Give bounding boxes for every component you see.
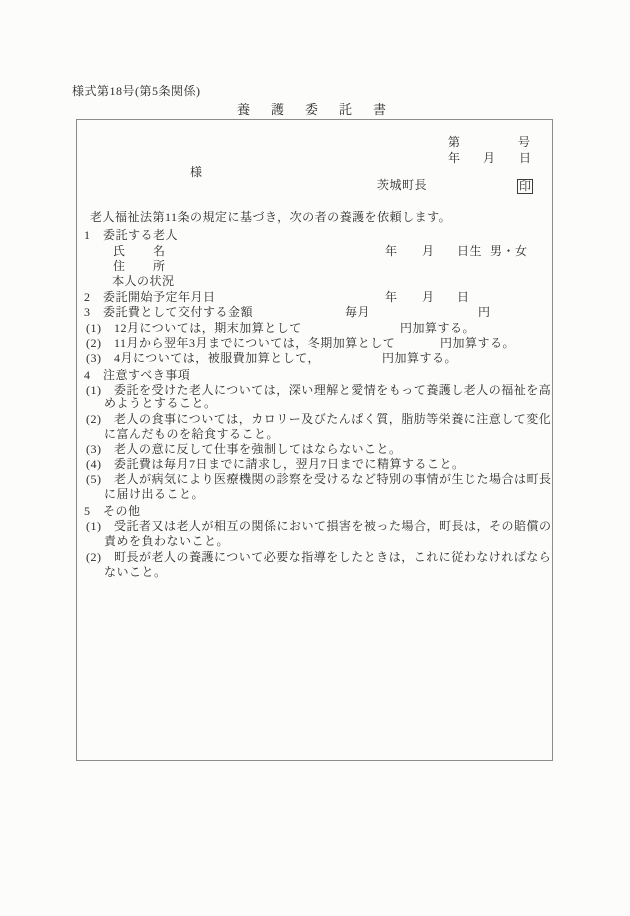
text-segment: 月 (422, 245, 435, 258)
text-segment: 日 (457, 291, 470, 304)
issue-number-line: 第号 (0, 136, 630, 150)
text-segment: 5 その他 (84, 505, 141, 518)
text-segment: 委 (305, 103, 319, 116)
text-segment: 4 注意すべき事項 (84, 369, 190, 382)
item5-sub2-cont: ないこと。 (0, 566, 630, 580)
condition-field-line: 本人の状況 (0, 275, 630, 289)
text-segment: 様 (190, 166, 203, 179)
text-segment: 1 委託する老人 (84, 229, 178, 242)
text-segment: 2 委託開始予定年月日 (84, 291, 216, 304)
item4-sub1-cont: めようとすること。 (0, 397, 630, 411)
text-segment: 円加算する。 (382, 352, 457, 365)
item3-line: 3 委託費として交付する金額毎月円 (0, 306, 630, 320)
text-segment: 日生 (457, 245, 482, 258)
text-segment: 3 委託費として交付する金額 (84, 306, 253, 319)
text-segment: 円加算する。 (400, 322, 475, 335)
item5-sub2: (2) 町長が老人の養護について必要な指導をしたときは，これに従わなければなら (0, 551, 630, 565)
document-title: 養護委託書 (0, 103, 630, 117)
item5-sub1: (1) 受託者又は老人が相互の関係において損害を被った場合，町長は，その賠償の (0, 520, 630, 534)
text-segment: 様式第18号(第5条関係) (72, 85, 201, 98)
text-segment: (1) 受託者又は老人が相互の関係において損害を被った場合，町長は，その賠償の (86, 520, 552, 533)
item4-heading: 4 注意すべき事項 (0, 369, 630, 383)
text-segment: (4) 委託費は毎月7日までに請求し，翌月7日までに精算すること。 (86, 458, 465, 471)
text-segment: 護 (271, 103, 285, 116)
text-segment: 年 (385, 291, 398, 304)
seal-mark: 印 (517, 179, 533, 194)
text-segment: 月 (483, 152, 496, 165)
item2-line: 2 委託開始予定年月日年月日 (0, 291, 630, 305)
text-segment: (3) 4月については，被服費加算として， (86, 352, 320, 365)
text-segment: (1) 12月については，期末加算として (86, 322, 302, 335)
intro-line: 老人福祉法第11条の規定に基づき，次の者の養護を依頼します。 (0, 211, 630, 225)
text-segment: 書 (373, 103, 387, 116)
text-segment: (2) 町長が老人の養護について必要な指導をしたときは，これに従わなければなら (86, 551, 551, 564)
address-field-line: 住所 (0, 260, 630, 274)
item4-sub2-cont: に富んだものを給食すること。 (0, 428, 630, 442)
item3-sub2: (2) 11月から翌年3月までについては，冬期加算として円加算する。 (0, 337, 630, 351)
text-segment: めようとすること。 (104, 397, 217, 410)
text-segment: 円 (478, 306, 491, 319)
item5-heading: 5 その他 (0, 505, 630, 519)
text-segment: 円加算する。 (440, 337, 515, 350)
text-segment: (2) 老人の食事については，カロリー及びたんぱく質，脂肪等栄養に注意して変化 (86, 413, 551, 426)
item4-sub1: (1) 委託を受けた老人については，深い理解と愛情をもって養護し老人の福祉を高 (0, 384, 630, 398)
item4-sub4: (4) 委託費は毎月7日までに請求し，翌月7日までに精算すること。 (0, 458, 630, 472)
text-segment: 所 (153, 260, 166, 273)
text-segment: ないこと。 (104, 566, 167, 579)
text-segment: 毎月 (345, 306, 370, 319)
item4-sub5-cont: に届け出ること。 (0, 488, 630, 502)
form-number-line: 様式第18号(第5条関係) (0, 85, 630, 99)
text-segment: 託 (339, 103, 353, 116)
scanned-form-page: 様式第18号(第5条関係)養護委託書第号年月日様茨城町長印老人福祉法第11条の規… (0, 0, 630, 916)
text-segment: 名 (153, 245, 166, 258)
text-segment: 男・女 (490, 245, 528, 258)
item5-sub1-cont: 責めを負わないこと。 (0, 535, 630, 549)
text-segment: 養 (237, 103, 251, 116)
text-segment: に届け出ること。 (104, 488, 204, 501)
text-segment: 年 (448, 152, 461, 165)
text-segment: 年 (385, 245, 398, 258)
text-segment: 号 (518, 136, 531, 149)
text-segment: 日 (519, 152, 532, 165)
text-segment: 第 (448, 136, 461, 149)
item4-sub5: (5) 老人が病気により医療機関の診察を受けるなど特別の事情が生じた場合は町長 (0, 473, 630, 487)
item4-sub2: (2) 老人の食事については，カロリー及びたんぱく質，脂肪等栄養に注意して変化 (0, 413, 630, 427)
text-segment: 責めを負わないこと。 (104, 535, 229, 548)
text-segment: 氏 (113, 245, 126, 258)
text-segment: (2) 11月から翌年3月までについては，冬期加算として (86, 337, 395, 350)
item4-sub3: (3) 老人の意に反して仕事を強制してはならないこと。 (0, 443, 630, 457)
text-segment: 月 (422, 291, 435, 304)
item1-heading: 1 委託する老人 (0, 229, 630, 243)
text-segment: 住 (113, 260, 126, 273)
item3-sub1: (1) 12月については，期末加算として円加算する。 (0, 322, 630, 336)
addressee-line: 様 (0, 166, 630, 180)
text-segment: (5) 老人が病気により医療機関の診察を受けるなど特別の事情が生じた場合は町長 (86, 473, 552, 486)
text-segment: 本人の状況 (112, 275, 175, 288)
mayor-title: 茨城町長 (377, 179, 427, 192)
text-segment: に富んだものを給食すること。 (104, 428, 279, 441)
text-segment: (3) 老人の意に反して仕事を強制してはならないこと。 (86, 443, 402, 456)
mayor-seal-line: 茨城町長印 (0, 179, 630, 193)
issue-date-line: 年月日 (0, 152, 630, 166)
name-field-line: 氏名年月日生男・女 (0, 245, 630, 259)
item3-sub3: (3) 4月については，被服費加算として，円加算する。 (0, 352, 630, 366)
text-segment: 老人福祉法第11条の規定に基づき，次の者の養護を依頼します。 (90, 211, 451, 224)
